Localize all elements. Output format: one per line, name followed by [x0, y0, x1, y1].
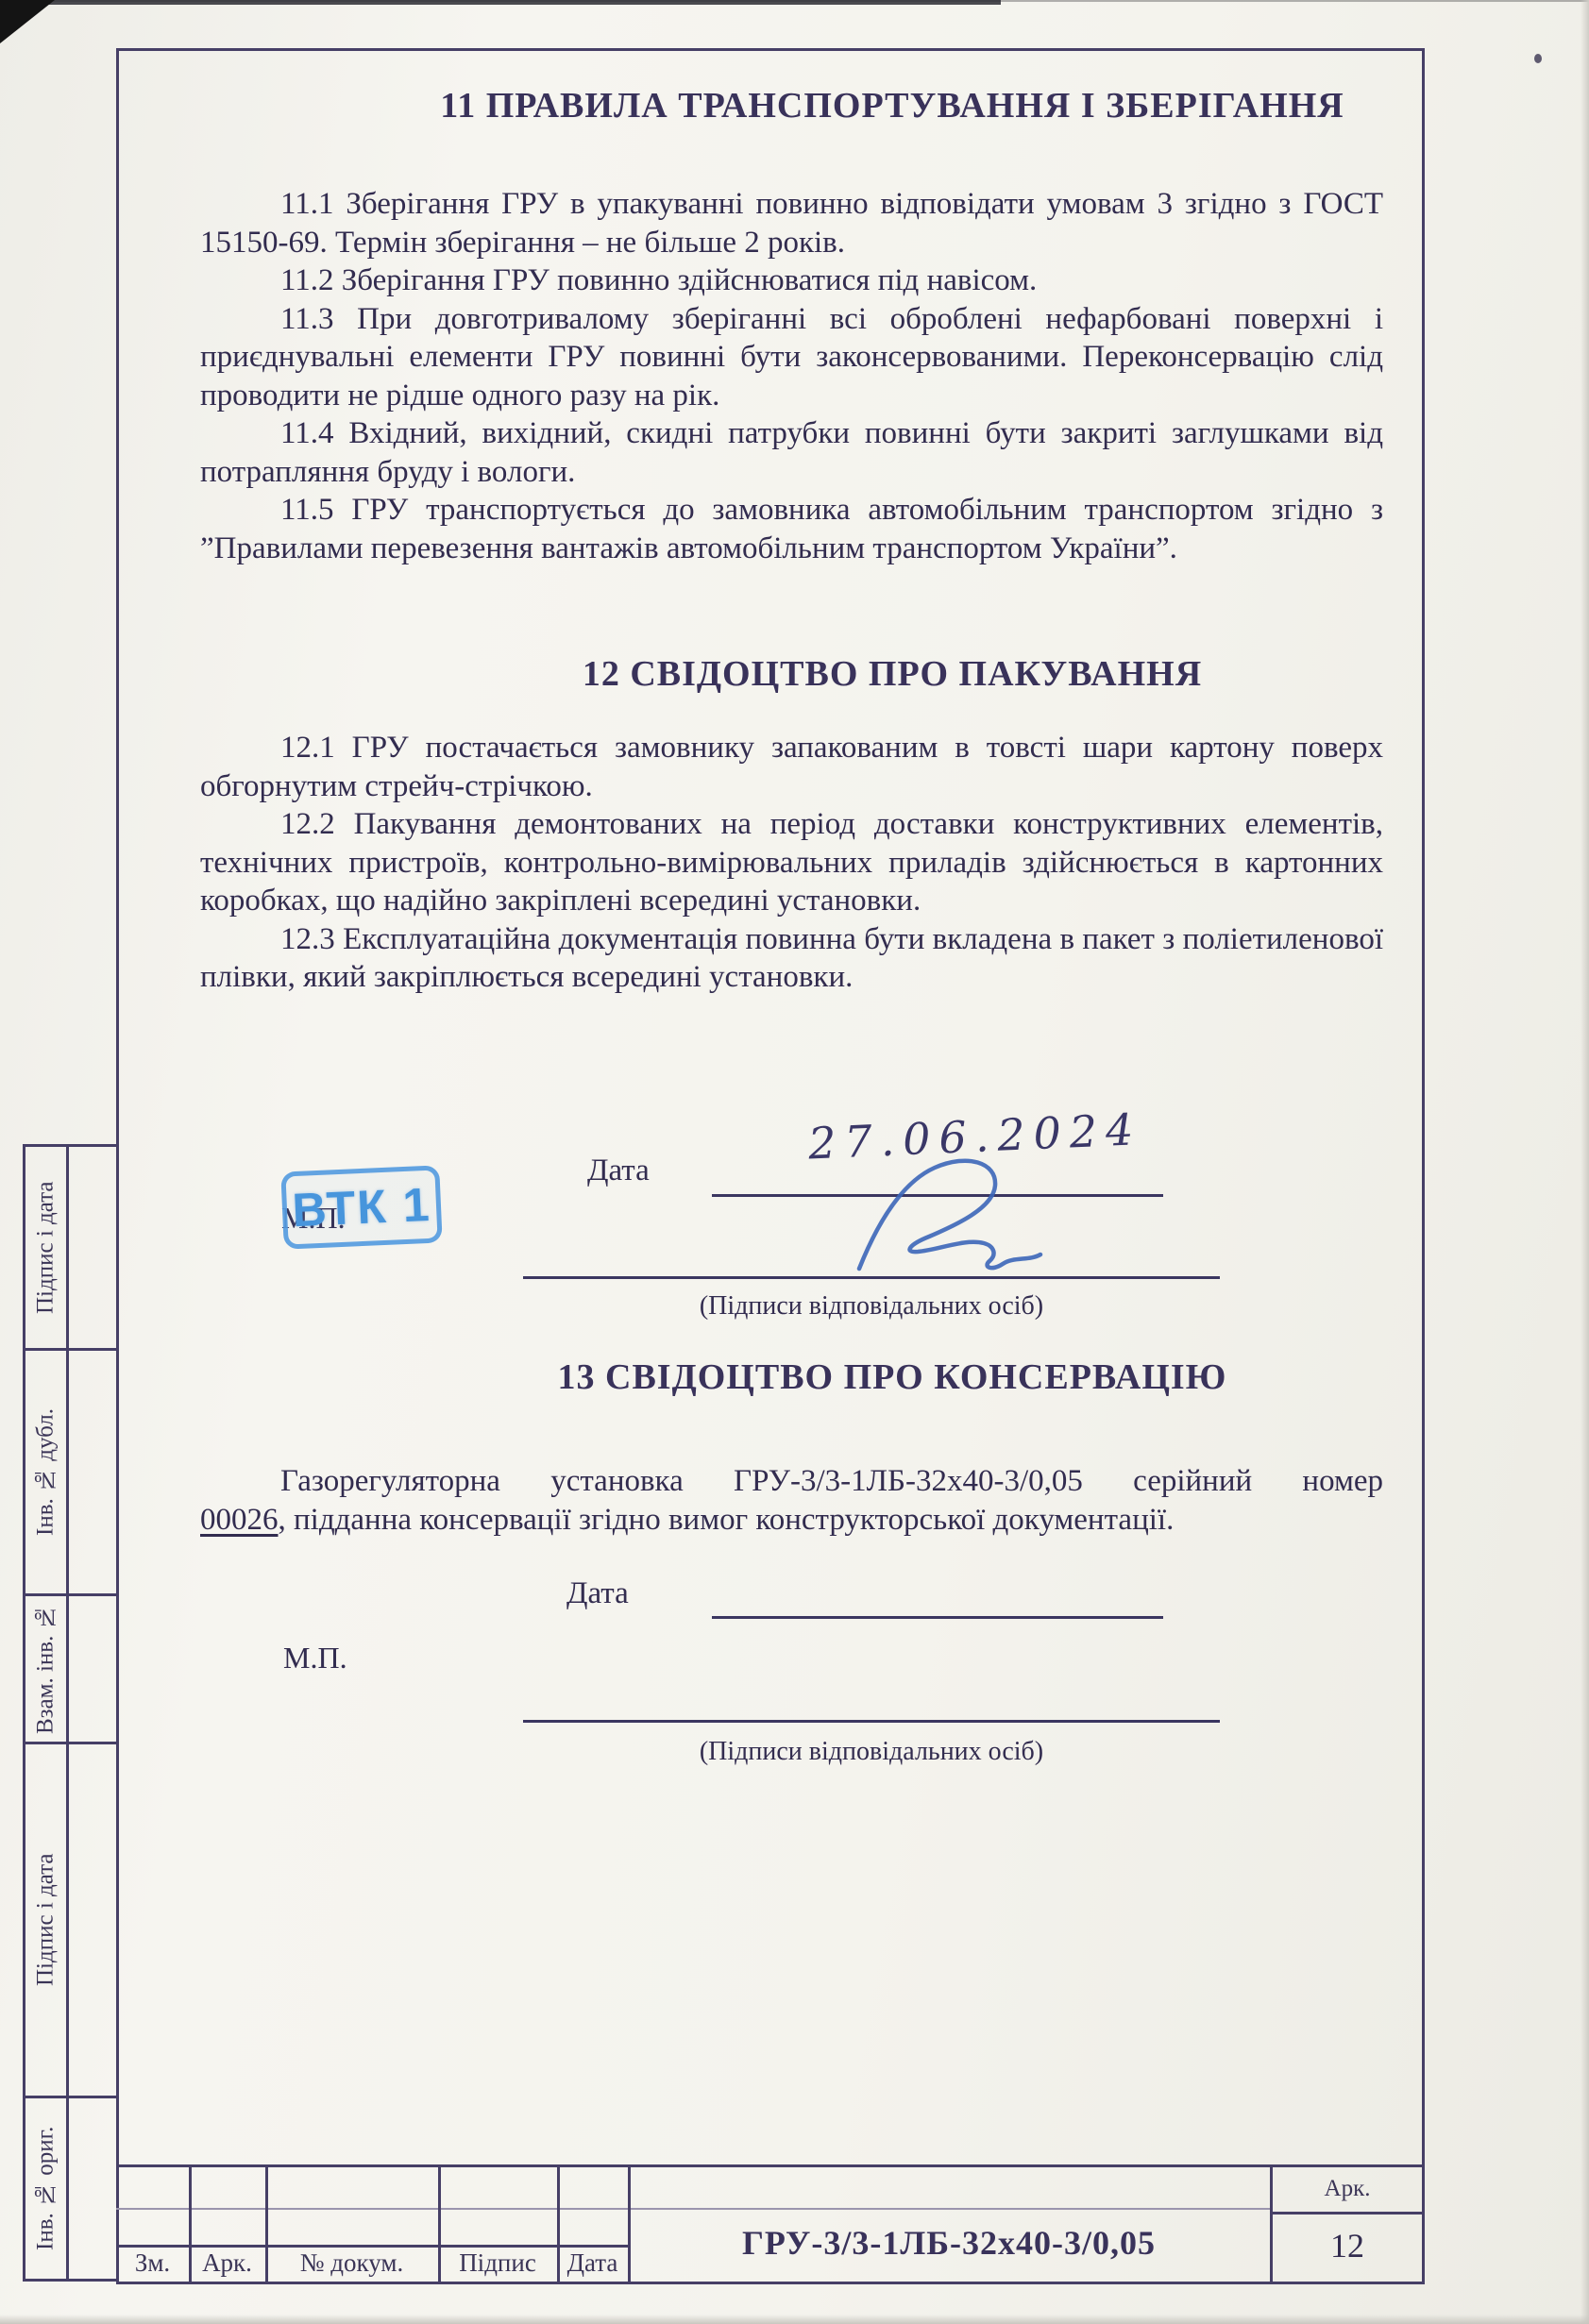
sidebar-cell-podpys-data-1: Підпис і дата: [23, 1144, 69, 1351]
sidebar-label-inv-oryg: Інв. № ориг.: [25, 2098, 66, 2279]
conservation-paragraph: Газорегуляторна установка ГРУ-3/3-1ЛБ-32…: [200, 1462, 1383, 1539]
sidebar-label-vzam-inv: Взам. інв. №: [25, 1596, 66, 1742]
sidebar-blank-5: [66, 2096, 119, 2282]
scanned-document-page: 11 ПРАВИЛА ТРАНСПОРТУВАННЯ І ЗБЕРІГАННЯ …: [0, 0, 1589, 2324]
scan-speck: [1534, 54, 1542, 63]
signature-ink: [840, 1154, 1067, 1295]
paragraph-11-3: 11.3 При довготривалому зберіганні всі о…: [200, 300, 1383, 415]
sidebar-blank-1: [66, 1144, 119, 1351]
vtk-stamp: ВТК 1: [280, 1165, 442, 1249]
serial-number: 00026: [200, 1503, 279, 1537]
sidebar-cell-inv-dubl: Інв. № дубл.: [23, 1348, 69, 1596]
vtk-stamp-text: ВТК 1: [291, 1177, 431, 1238]
sidebar-label-podpys-data-1: Підпис і дата: [25, 1147, 66, 1348]
sidebar-cell-podpys-data-2: Підпис і дата: [23, 1742, 69, 2098]
section-11-paragraphs: 11.1 Зберігання ГРУ в упакуванні повинно…: [200, 185, 1383, 567]
paragraph-12-1: 12.1 ГРУ постачається замовнику запакова…: [200, 729, 1383, 805]
section-11-heading: 11 ПРАВИЛА ТРАНСПОРТУВАННЯ І ЗБЕРІГАННЯ: [440, 85, 1344, 126]
sidebar-cell-vzam-inv: Взам. інв. №: [23, 1593, 69, 1744]
conservation-seal-label: М.П.: [283, 1641, 347, 1676]
paragraph-12-2: 12.2 Пакування демонтованих на період до…: [200, 805, 1383, 920]
conservation-line1: Газорегуляторна установка ГРУ-3/3-1ЛБ-32…: [200, 1462, 1383, 1501]
scan-corner-artifact: [0, 0, 55, 43]
titleblock-col-data: Дата: [557, 2248, 628, 2278]
titleblock-col-ark: Арк.: [189, 2248, 265, 2278]
sidebar-blank-2: [66, 1348, 119, 1596]
scan-edge-strip: [0, 0, 1001, 5]
section-12-paragraphs: 12.1 ГРУ постачається замовнику запакова…: [200, 729, 1383, 997]
sidebar-blank-4: [66, 1742, 119, 2098]
titleblock-top-line: [116, 2164, 1422, 2167]
titleblock-document-code: ГРУ-3/3-1ЛБ-32х40-3/0,05: [628, 2209, 1270, 2277]
paragraph-11-5: 11.5 ГРУ транспортується до замовника ав…: [200, 491, 1383, 567]
titleblock-sheet-label: Арк.: [1273, 2167, 1422, 2211]
paragraph-11-4: 11.4 Вхідний, вихідний, скидні патрубки …: [200, 414, 1383, 491]
titleblock-label-row-line: [116, 2245, 631, 2248]
paragraph-11-2: 11.2 Зберігання ГРУ повинно здійснюватис…: [200, 261, 1383, 300]
conservation-line2-rest: , підданна консервації згідно вимог конс…: [279, 1503, 1175, 1537]
sidebar-label-inv-dubl: Інв. № дубл.: [25, 1351, 66, 1593]
packing-date-label: Дата: [587, 1154, 650, 1188]
conservation-signature-line: [523, 1720, 1220, 1723]
sidebar-blank-3: [66, 1593, 119, 1744]
paragraph-11-1: 11.1 Зберігання ГРУ в упакуванні повинно…: [200, 185, 1383, 261]
sidebar-cell-inv-oryg: Інв. № ориг.: [23, 2096, 69, 2282]
scan-bottom-shadow: [0, 2315, 1589, 2324]
conservation-signatures-caption: (Підписи відповідальних осіб): [523, 1737, 1220, 1767]
paragraph-12-3: 12.3 Експлуатаційна документація повинна…: [200, 920, 1383, 997]
packing-signatures-caption: (Підписи відповідальних осіб): [523, 1291, 1220, 1322]
titleblock-sheet-number: 12: [1273, 2215, 1422, 2277]
conservation-line2: 00026, підданна консервації згідно вимог…: [200, 1501, 1383, 1540]
conservation-date-label: Дата: [566, 1576, 629, 1611]
conservation-date-line: [712, 1616, 1163, 1619]
section-13-heading: 13 СВІДОЦТВО ПРО КОНСЕРВАЦІЮ: [558, 1356, 1227, 1398]
scan-right-shadow: [1581, 0, 1589, 2324]
sidebar-label-podpys-data-2: Підпис і дата: [25, 1744, 66, 2096]
titleblock-col-pidpys: Підпис: [438, 2248, 557, 2278]
titleblock-col-dokum: № докум.: [265, 2248, 438, 2278]
titleblock-col-zm: Зм.: [116, 2248, 189, 2278]
section-12-heading: 12 СВІДОЦТВО ПРО ПАКУВАННЯ: [583, 653, 1202, 695]
